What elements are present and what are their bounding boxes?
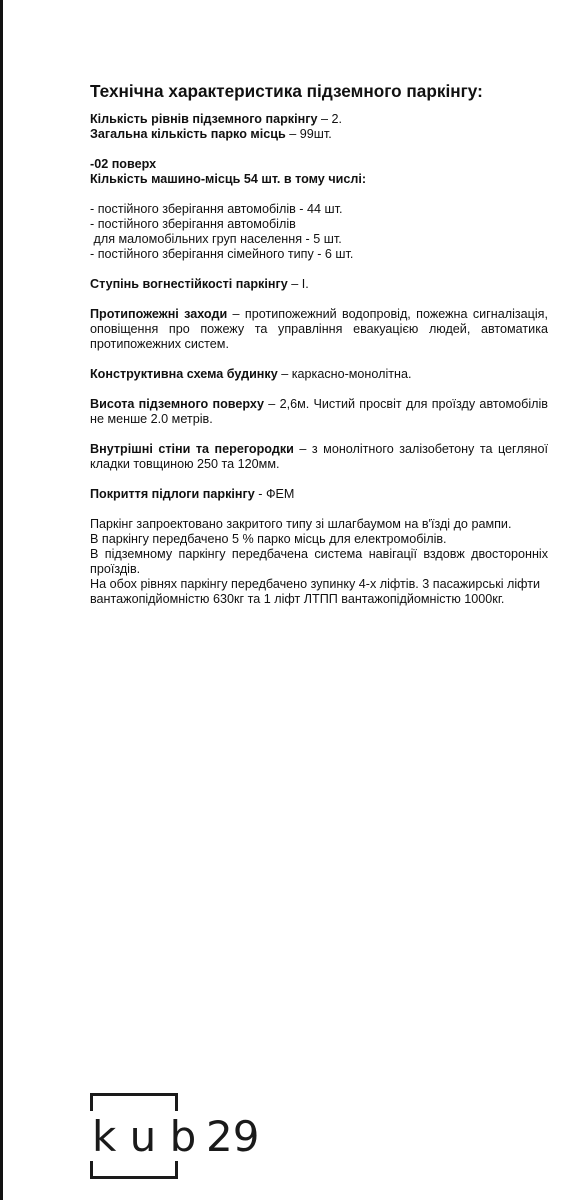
levels-count-value: – 2. xyxy=(317,112,342,126)
levels-count: Кількість рівнів підземного паркінгу – 2… xyxy=(90,112,548,127)
logo-box-bracket-icon: k u b 29 xyxy=(90,1093,270,1181)
structure-scheme: Конструктивна схема будинку – каркасно-м… xyxy=(90,367,548,382)
logo-box-text: k u b xyxy=(92,1112,196,1161)
fire-resistance: Ступінь вогнестійкості паркінгу – І. xyxy=(90,277,548,292)
total-spaces-value: – 99шт. xyxy=(286,127,332,141)
floor-spaces-heading: Кількість машино-місць 54 шт. в тому чис… xyxy=(90,172,548,187)
total-spaces: Загальна кількість парко місць – 99шт. xyxy=(90,127,548,142)
kub29-logo: k u b 29 xyxy=(90,1093,270,1181)
note-line: На обох рівнях паркінгу передбачено зупи… xyxy=(90,577,548,592)
list-item: - постійного зберігання автомобілів - 44… xyxy=(90,202,548,217)
logo-number: 29 xyxy=(206,1112,259,1161)
floor-coating: Покриття підлоги паркінгу - ФЕМ xyxy=(90,487,548,502)
note-line: В паркінгу передбачено 5 % парко місць д… xyxy=(90,532,548,547)
list-item: - постійного зберігання автомобілів xyxy=(90,217,548,232)
floor-height: Висота підземного поверху – 2,6м. Чистий… xyxy=(90,397,548,427)
list-item: - постійного зберігання сімейного типу -… xyxy=(90,247,548,262)
total-spaces-label: Загальна кількість парко місць xyxy=(90,127,286,141)
note-line: вантажопідйомністю 630кг та 1 ліфт ЛТПП … xyxy=(90,592,548,607)
levels-count-label: Кількість рівнів підземного паркінгу xyxy=(90,112,317,126)
note-line: Паркінг запроектовано закритого типу зі … xyxy=(90,517,548,532)
floor-name: -02 поверх xyxy=(90,157,548,172)
left-edge-border xyxy=(0,0,3,1200)
internal-walls: Внутрішні стіни та перегородки – з монол… xyxy=(90,442,548,472)
fire-measures: Протипожежні заходи – протипожежний водо… xyxy=(90,307,548,352)
list-item: для маломобільних груп населення - 5 шт. xyxy=(90,232,548,247)
document-title: Технічна характеристика підземного паркі… xyxy=(90,80,548,102)
document-body: Технічна характеристика підземного паркі… xyxy=(90,80,548,607)
note-line: В підземному паркінгу передбачена систем… xyxy=(90,547,548,577)
